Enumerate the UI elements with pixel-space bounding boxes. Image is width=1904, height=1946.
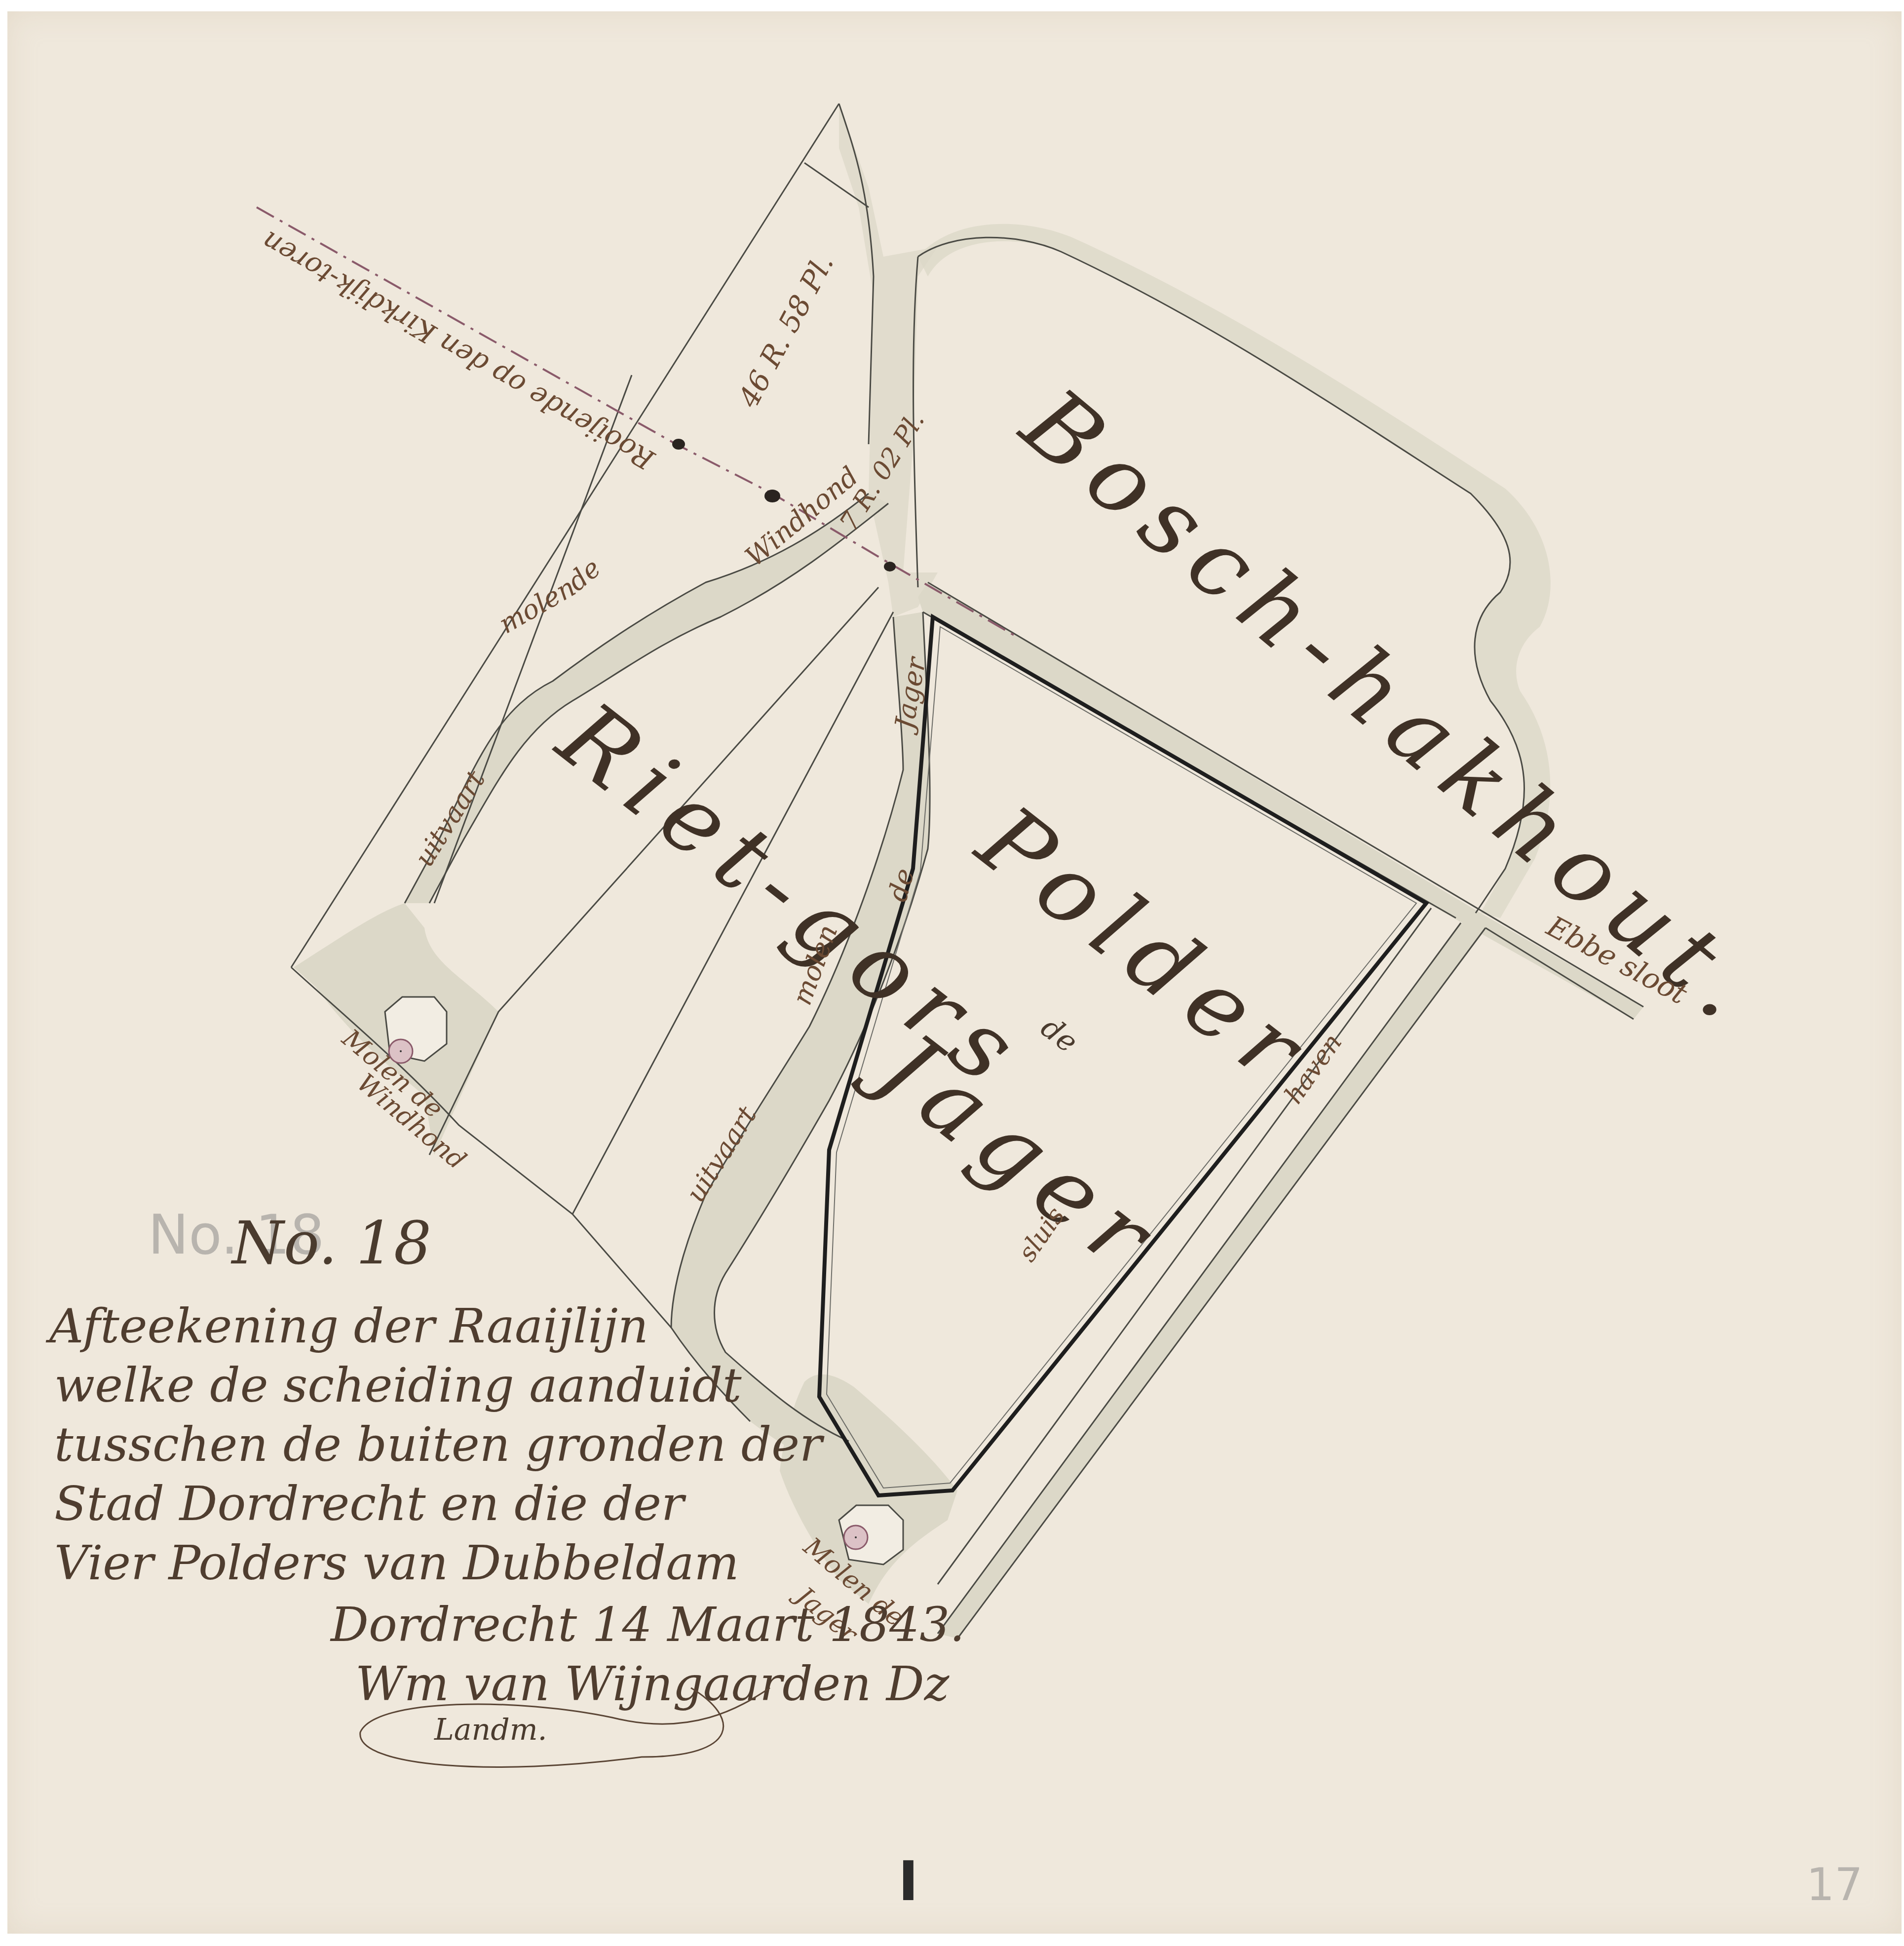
area-label-1: 46 R. 58 Pl. — [731, 249, 840, 414]
legend-signature: Wm van Wijngaarden Dz — [355, 1656, 950, 1712]
legend-line-3: tusschen de buiten gronden der — [54, 1417, 825, 1472]
legend-line-2: welke de scheiding aanduidt — [54, 1358, 742, 1413]
legend-line-4: Stad Dordrecht en die der — [54, 1476, 686, 1531]
region-polder-de: de — [1034, 1010, 1084, 1060]
legend-line-5: Vier Polders van Dubbeldam — [54, 1535, 739, 1591]
bottom-mark: I — [898, 1850, 918, 1913]
pencil-page-number: 17 — [1806, 1859, 1863, 1911]
legend-signature-title: Landm. — [434, 1713, 547, 1747]
mill-jager — [839, 1505, 903, 1564]
rooijende-label: Rooijende op den Kirkdijk-toren — [256, 225, 660, 476]
map-canvas: Bosch-hakhout. Riet-gors Polder de Jager… — [0, 0, 1904, 1946]
sheet-number: No. 18 — [230, 1209, 431, 1278]
legend-line-1: Afteekening der Raaijlijn — [45, 1298, 648, 1354]
north-channel — [839, 104, 938, 617]
legend-date: Dordrecht 14 Maart 1843. — [330, 1597, 965, 1652]
jager-mill-basin — [780, 1374, 957, 1604]
